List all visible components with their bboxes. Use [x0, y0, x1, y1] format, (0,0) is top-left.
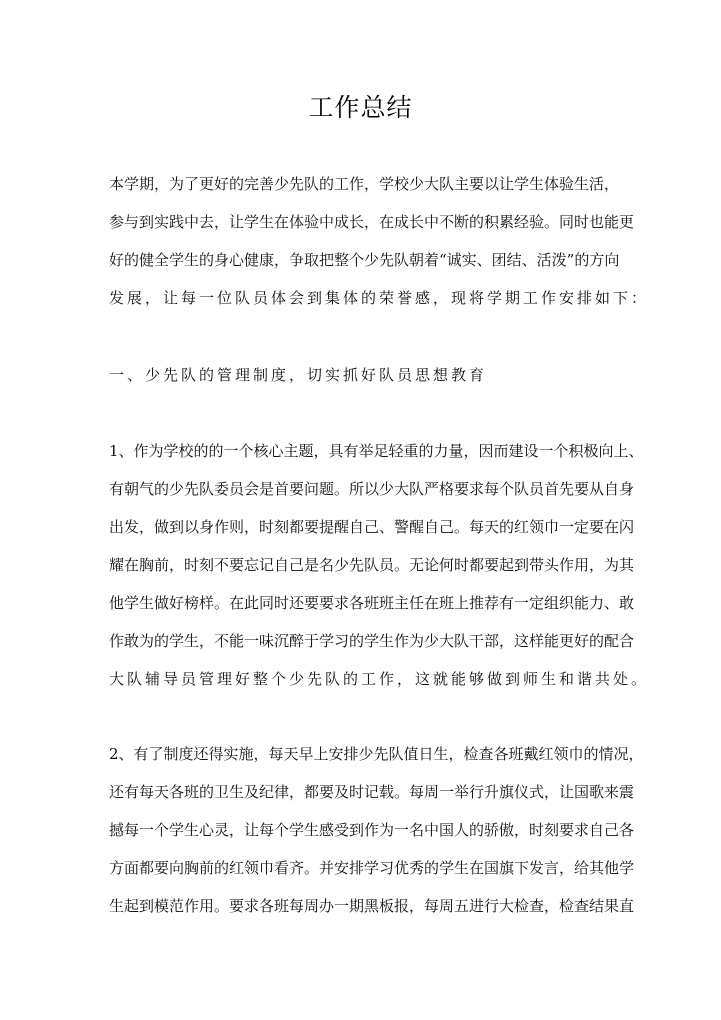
item-2-line-1: 2、有了制度还得实施，每天早上安排少先队值日生，检查各班戴红领巾的情况， — [109, 743, 612, 765]
item-2-line-4: 方面都要向胸前的红领巾看齐。并安排学习优秀的学生在国旗下发言，给其他学 — [109, 857, 612, 879]
intro-line-4: 发展，让每一位队员体会到集体的荣誉感，现将学期工作安排如下： — [109, 287, 619, 309]
item-1-line-7: 大队辅导员管理好整个少先队的工作，这就能够做到师生和谐共处。 — [109, 668, 619, 690]
item-1-line-1: 1、作为学校的的一个核心主题，具有举足轻重的力量，因而建设一个积极向上、 — [109, 440, 612, 462]
section-1-heading: 一、少先队的管理制度，切实抓好队员思想教育 — [109, 364, 619, 386]
item-2-line-3: 撼每一个学生心灵，让每个学生感受到作为一名中国人的骄傲，时刻要求自己各 — [109, 819, 612, 841]
item-1-line-3: 出发，做到以身作则，时刻都要提醒自己、警醒自己。每天的红领巾一定要在闪 — [109, 516, 612, 538]
intro-line-1: 本学期，为了更好的完善少先队的工作，学校少大队主要以让学生体验生活， — [109, 173, 612, 195]
item-1-line-6: 作敢为的学生，不能一味沉醉于学习的学生作为少大队干部，这样能更好的配合 — [109, 630, 612, 652]
item-1-line-4: 耀在胸前，时刻不要忘记自己是名少先队员。无论何时都要起到带头作用，为其 — [109, 554, 612, 576]
document-title: 工作总结 — [0, 90, 721, 126]
item-1-line-2: 有朝气的少先队委员会是首要问题。所以少大队严格要求每个队员首先要从自身 — [109, 478, 612, 500]
intro-line-3: 好的健全学生的身心健康，争取把整个少先队朝着“诚实、团结、活泼”的方向 — [109, 249, 612, 271]
document-page: 工作总结 本学期，为了更好的完善少先队的工作，学校少大队主要以让学生体验生活， … — [0, 0, 721, 1020]
item-2-line-5: 生起到模范作用。要求各班每周办一期黑板报，每周五进行大检查，检查结果直 — [109, 895, 612, 917]
intro-line-2: 参与到实践中去，让学生在体验中成长，在成长中不断的积累经验。同时也能更 — [109, 211, 612, 233]
item-1-line-5: 他学生做好榜样。在此同时还要要求各班班主任在班上推荐有一定组织能力、敢 — [109, 592, 612, 614]
item-2-line-2: 还有每天各班的卫生及纪律，都要及时记载。每周一举行升旗仪式，让国歌来震 — [109, 781, 612, 803]
